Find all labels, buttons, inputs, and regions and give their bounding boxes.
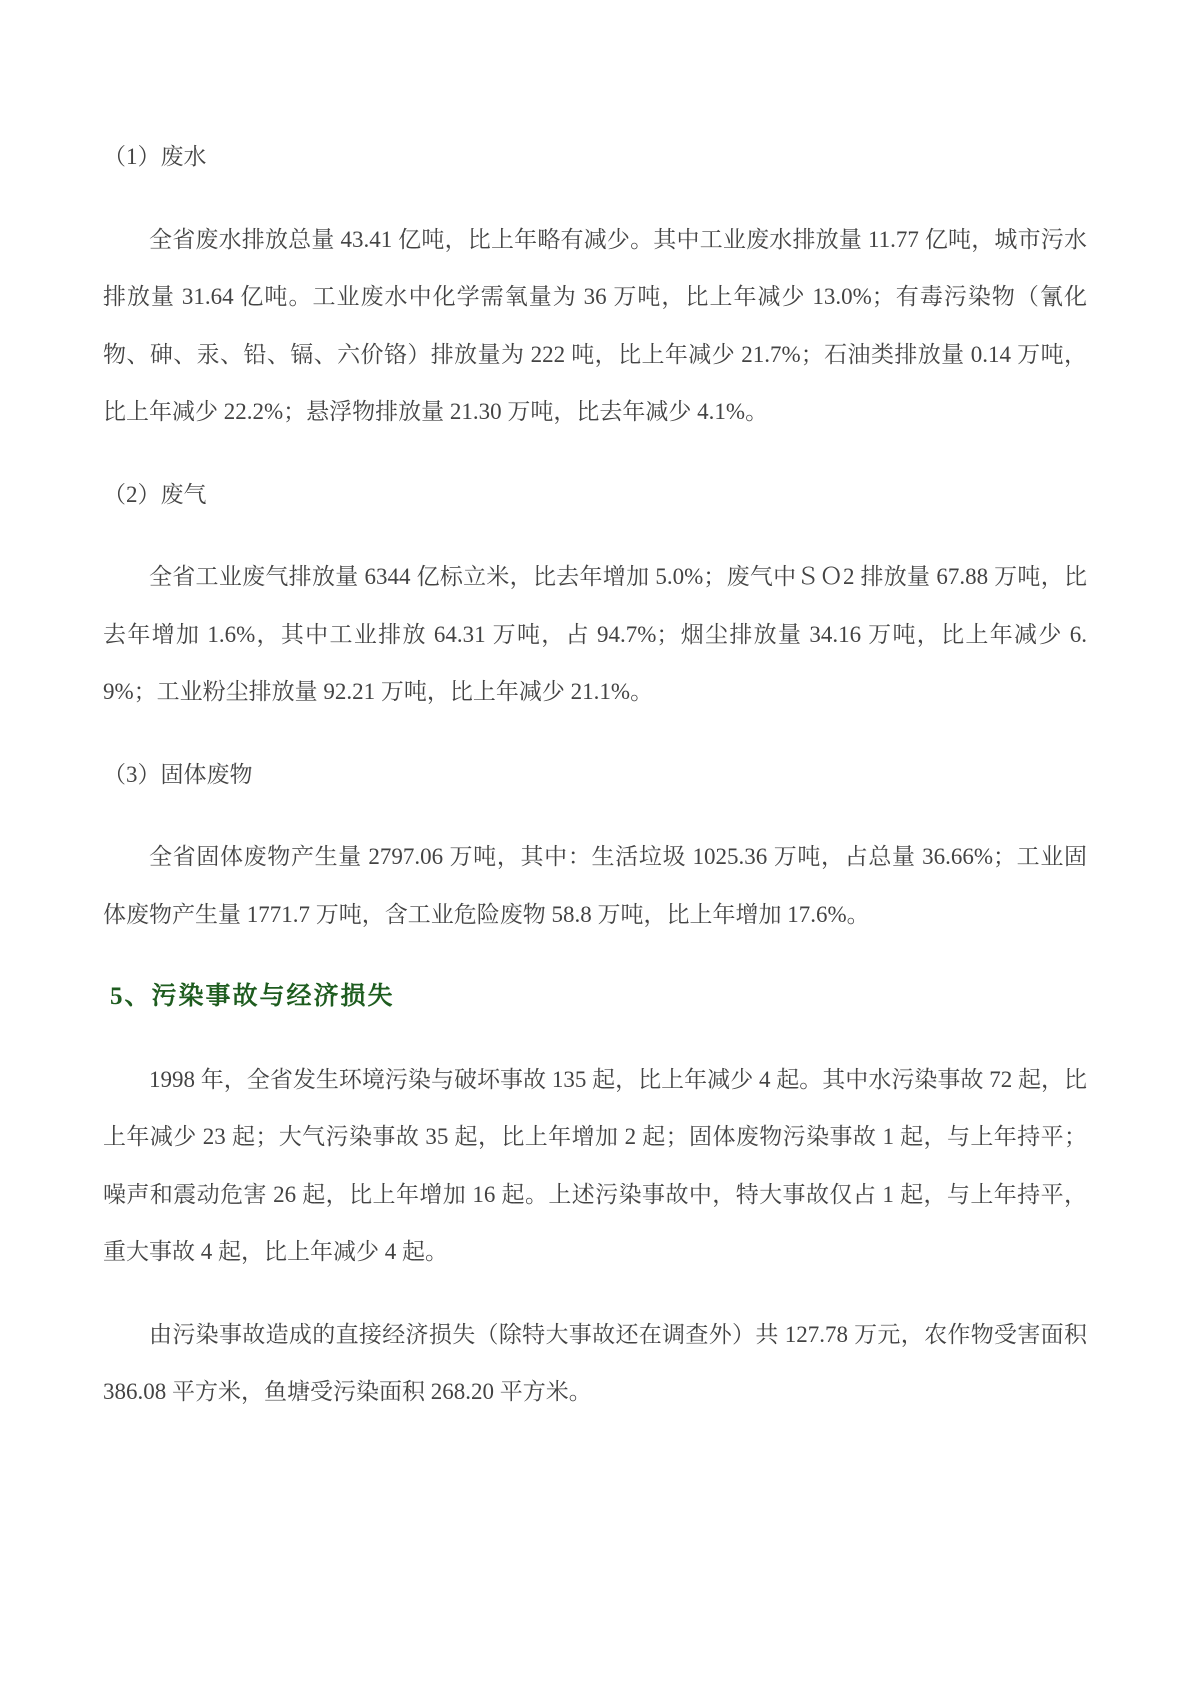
paragraph-wastewater: 全省废水排放总量 43.41 亿吨，比上年略有减少。其中工业废水排放量 11.7… <box>103 211 1087 441</box>
paragraph-solid-waste: 全省固体废物产生量 2797.06 万吨，其中：生活垃圾 1025.36 万吨，… <box>103 828 1087 943</box>
document-page: （1）废水 全省废水排放总量 43.41 亿吨，比上年略有减少。其中工业废水排放… <box>0 0 1191 1684</box>
subheading-solid-waste: （3）固体废物 <box>103 746 1087 804</box>
subheading-waste-gas: （2）废气 <box>103 466 1087 524</box>
paragraph-accidents: 1998 年，全省发生环境污染与破坏事故 135 起，比上年减少 4 起。其中水… <box>103 1051 1087 1281</box>
paragraph-waste-gas: 全省工业废气排放量 6344 亿标立米，比去年增加 5.0%；废气中ＳＯ2 排放… <box>103 548 1087 721</box>
paragraph-economic-loss: 由污染事故造成的直接经济损失（除特大事故还在调查外）共 127.78 万元，农作… <box>103 1306 1087 1421</box>
section-heading-pollution-accidents: 5、污染事故与经济损失 <box>103 968 1087 1026</box>
subheading-wastewater: （1）废水 <box>103 128 1087 186</box>
